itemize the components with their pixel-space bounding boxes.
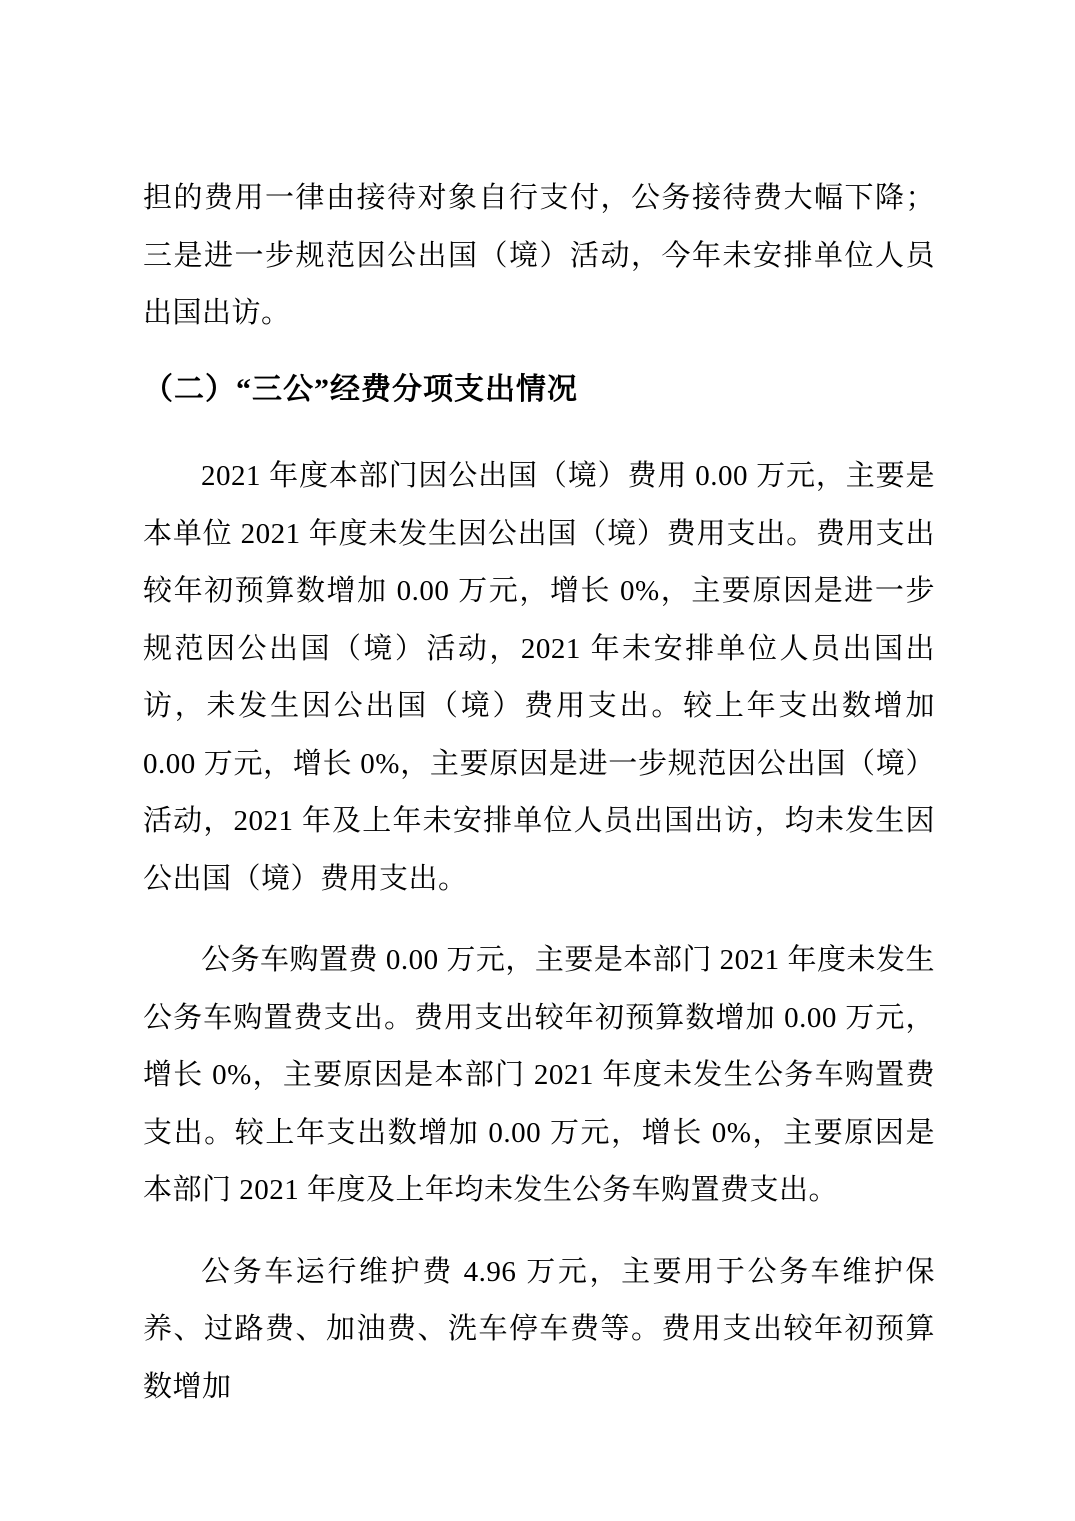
document-page: 担的费用一律由接待对象自行支付，公务接待费大幅下降；三是进一步规范因公出国（境）… bbox=[0, 0, 1075, 1521]
paragraph-vehicle-maintenance: 公务车运行维护费 4.96 万元，主要用于公务车维护保养、过路费、加油费、洗车停… bbox=[143, 1244, 935, 1417]
paragraph-continuation: 担的费用一律由接待对象自行支付，公务接待费大幅下降；三是进一步规范因公出国（境）… bbox=[143, 170, 935, 343]
paragraph-vehicle-purchase: 公务车购置费 0.00 万元，主要是本部门 2021 年度未发生公务车购置费支出… bbox=[143, 932, 935, 1220]
paragraph-abroad-expense: 2021 年度本部门因公出国（境）费用 0.00 万元，主要是本单位 2021 … bbox=[143, 448, 935, 908]
section-heading: （二）“三公”经费分项支出情况 bbox=[143, 361, 935, 419]
